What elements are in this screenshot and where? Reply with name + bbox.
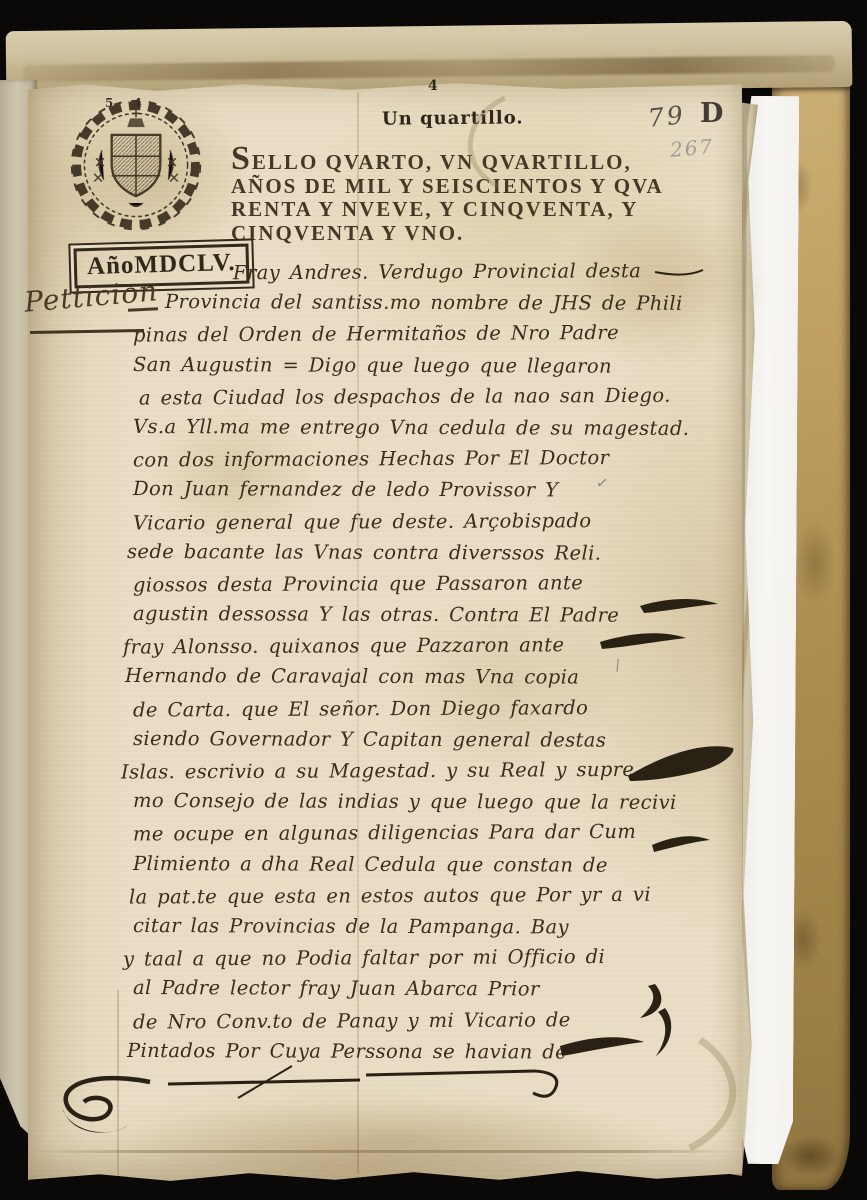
printed-line: SELLO QVARTO, VN QVARTILLO, [231,147,731,175]
quartillo-stamp-label: Un quartillo. [382,107,524,129]
pencil-number: 267 [669,134,715,162]
manuscript-line: Islas. escrivio a su Magestad. y su Real… [121,753,717,787]
manuscript-line: al Padre lector fray Juan Abarca Prior [133,972,717,1005]
manuscript-line: Provincia del santiss.mo nombre de JHS d… [165,286,717,319]
royal-seal-stamp [62,94,210,238]
printed-seal-header: SELLO QVARTO, VN QVARTILLO, AÑOS DE MIL … [231,147,731,245]
manuscript-line: y taal a que no Podia faltar por mi Offi… [123,941,717,975]
folio-mark: 4 [428,78,438,94]
printed-line: AÑOS DE MIL Y SEISCIENTOS Y QVA [231,175,731,199]
manuscript-line: Hernando de Caravajal con mas Vna copia [125,660,717,693]
manuscript-line: citar las Provincias de la Pampanga. Bay [133,910,717,943]
manuscript-line: a esta Ciudad los despachos de la nao sa… [139,379,717,413]
ink-letter-mark: D [700,98,723,129]
manuscript-line: con dos informaciones Hechas Por El Doct… [133,442,717,476]
printed-line: CINQVENTA Y VNO. [231,222,731,246]
handwritten-text-block: Fray Andres. Verdugo Provincial desta Pr… [133,256,717,1067]
manuscript-line: giossos desta Provincia que Passaron ant… [133,566,717,600]
printed-line: RENTA Y NVEVE, Y CINQVENTA, Y [231,198,731,222]
manuscript-line: de Carta. que El señor. Don Diego faxard… [133,691,717,725]
manuscript-line: la pat.te que esta en estos autos que Po… [129,878,717,912]
manuscript-line: Pintados Por Cuya Perssona se havian de [127,1035,717,1068]
manuscript-line: agustin dessossa Y las otras. Contra El … [133,598,717,631]
pencil-folio-number: 79 [647,100,688,133]
manuscript-line: sede bacante las Vnas contra diverssos R… [127,536,717,569]
manuscript-line: Fray Andres. Verdugo Provincial desta [233,255,717,289]
manuscript-line: Plimiento a dha Real Cedula que constan … [133,848,717,881]
vertical-crease [117,990,119,1175]
manuscript-line: pinas del Orden de Hermitaños de Nro Pad… [133,317,717,351]
manuscript-line: San Augustin = Digo que luego que llegar… [133,349,717,382]
manuscript-line: Don Juan fernandez de ledo Provissor Y [133,473,717,506]
manuscript-line: siendo Governador Y Capitan general dest… [133,723,717,756]
manuscript-line: Vs.a Yll.ma me entrego Vna cedula de su … [133,411,717,444]
manuscript-scan: 5 4 4 Un quartillo. SELLO QVARTO, VN QVA… [0,0,867,1200]
manuscript-line: de Nro Conv.to de Panay y mi Vicario de [133,1003,717,1037]
seal-numbers: 5 4 [105,96,150,110]
manuscript-line: me ocupe en algunas diligencias Para dar… [133,816,717,850]
manuscript-line: fray Alonsso. quixanos que Pazzaron ante [123,629,717,663]
horizontal-crease [34,1150,734,1153]
manuscript-line: Vicario general que fue deste. Arçobispa… [133,504,717,538]
manuscript-line: mo Consejo de las indias y que luego que… [133,785,717,818]
